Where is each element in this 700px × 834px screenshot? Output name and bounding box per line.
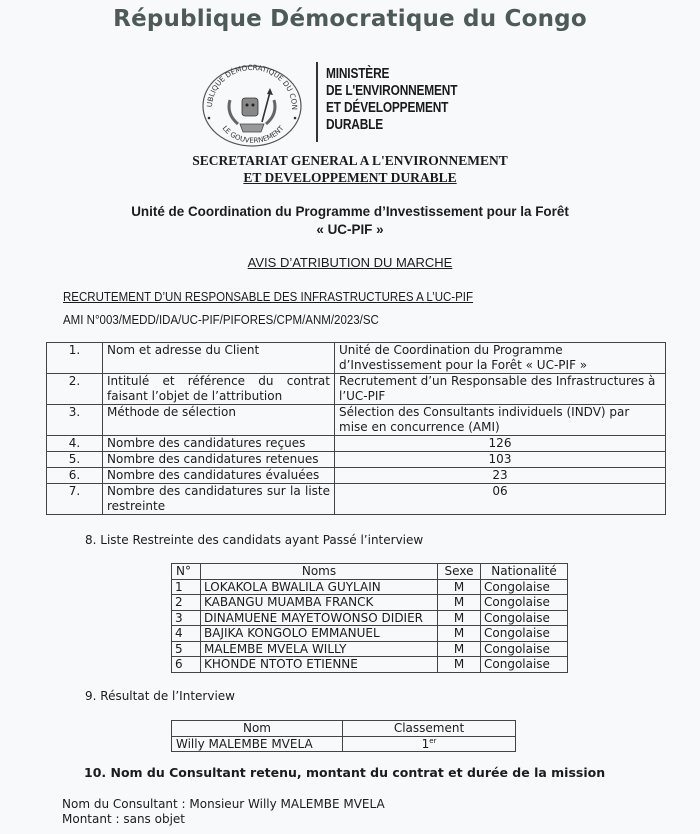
table-row: 3DINAMUENE MAYETOWONSO DIDIERMCongolaise bbox=[172, 610, 568, 626]
table-row: 4BAJIKA KONGOLO EMMANUELMCongolaise bbox=[172, 626, 568, 642]
table-row: 6. Nombre des candidatures évaluées 23 bbox=[47, 468, 666, 484]
table-row: 5MALEMBE MVELA WILLYMCongolaise bbox=[172, 641, 568, 657]
award-details: Nom du Consultant : Monsieur Willy MALEM… bbox=[62, 797, 385, 827]
table-row: Willy MALEMBE MVELA 1er bbox=[172, 736, 516, 752]
interview-result-table: Nom Classement Willy MALEMBE MVELA 1er bbox=[171, 720, 516, 752]
table-row: 6KHONDE NTOTO ETIENNEMCongolaise bbox=[172, 657, 568, 673]
award-heading: 10. Nom du Consultant retenu, montant du… bbox=[84, 765, 605, 780]
consultant-name: Nom du Consultant : Monsieur Willy MALEM… bbox=[62, 797, 385, 812]
contract-amount: Montant : sans objet bbox=[62, 812, 385, 827]
shortlist-table: N° Noms Sexe Nationalité 1LOKAKOLA BWALI… bbox=[171, 563, 568, 673]
notice-title: AVIS D’ATRIBUTION DU MARCHE bbox=[0, 255, 700, 270]
coat-of-arms-icon: RÉPUBLIQUE DÉMOCRATIQUE DU CONGO LE GOUV… bbox=[198, 62, 306, 148]
notice-subject: RECRUTEMENT D’UN RESPONSABLE DES INFRAST… bbox=[63, 290, 473, 304]
table-row: 5. Nombre des candidatures retenues 103 bbox=[47, 452, 666, 468]
ministry-name: MINISTÈRE DE L'ENVIRONNEMENT ET DÉVELOPP… bbox=[326, 66, 457, 134]
table-header-row: Nom Classement bbox=[172, 721, 516, 737]
table-row: 2. Intitulé et référence du contrat fais… bbox=[47, 374, 666, 405]
table-row: 1. Nom et adresse du Client Unité de Coo… bbox=[47, 343, 666, 374]
table-row: 1LOKAKOLA BWALILA GUYLAINMCongolaise bbox=[172, 579, 568, 595]
table-header-row: N° Noms Sexe Nationalité bbox=[172, 564, 568, 580]
interview-result-heading: 9. Résultat de l’Interview bbox=[85, 689, 235, 703]
shortlist-heading: 8. Liste Restreinte des candidats ayant … bbox=[85, 533, 423, 547]
unit-heading: Unité de Coordination du Programme d’Inv… bbox=[14, 202, 686, 238]
secretariat-heading: SECRETARIAT GENERAL A L'ENVIRONNEMENT ET… bbox=[0, 152, 700, 186]
table-row: 3. Méthode de sélection Sélection des Co… bbox=[47, 405, 666, 436]
table-row: 7. Nombre des candidatures sur la liste … bbox=[47, 484, 666, 515]
table-row: 2KABANGU MUAMBA FRANCKMCongolaise bbox=[172, 595, 568, 611]
ministry-divider bbox=[316, 62, 318, 142]
table-row: 4. Nombre des candidatures reçues 126 bbox=[47, 436, 666, 452]
summary-table: 1. Nom et adresse du Client Unité de Coo… bbox=[46, 342, 666, 515]
rank-cell: 1er bbox=[343, 736, 516, 752]
country-title: République Démocratique du Congo bbox=[0, 6, 700, 32]
notice-reference: AMI N°003/MEDD/IDA/UC-PIF/PIFORES/CPM/AN… bbox=[63, 313, 379, 327]
